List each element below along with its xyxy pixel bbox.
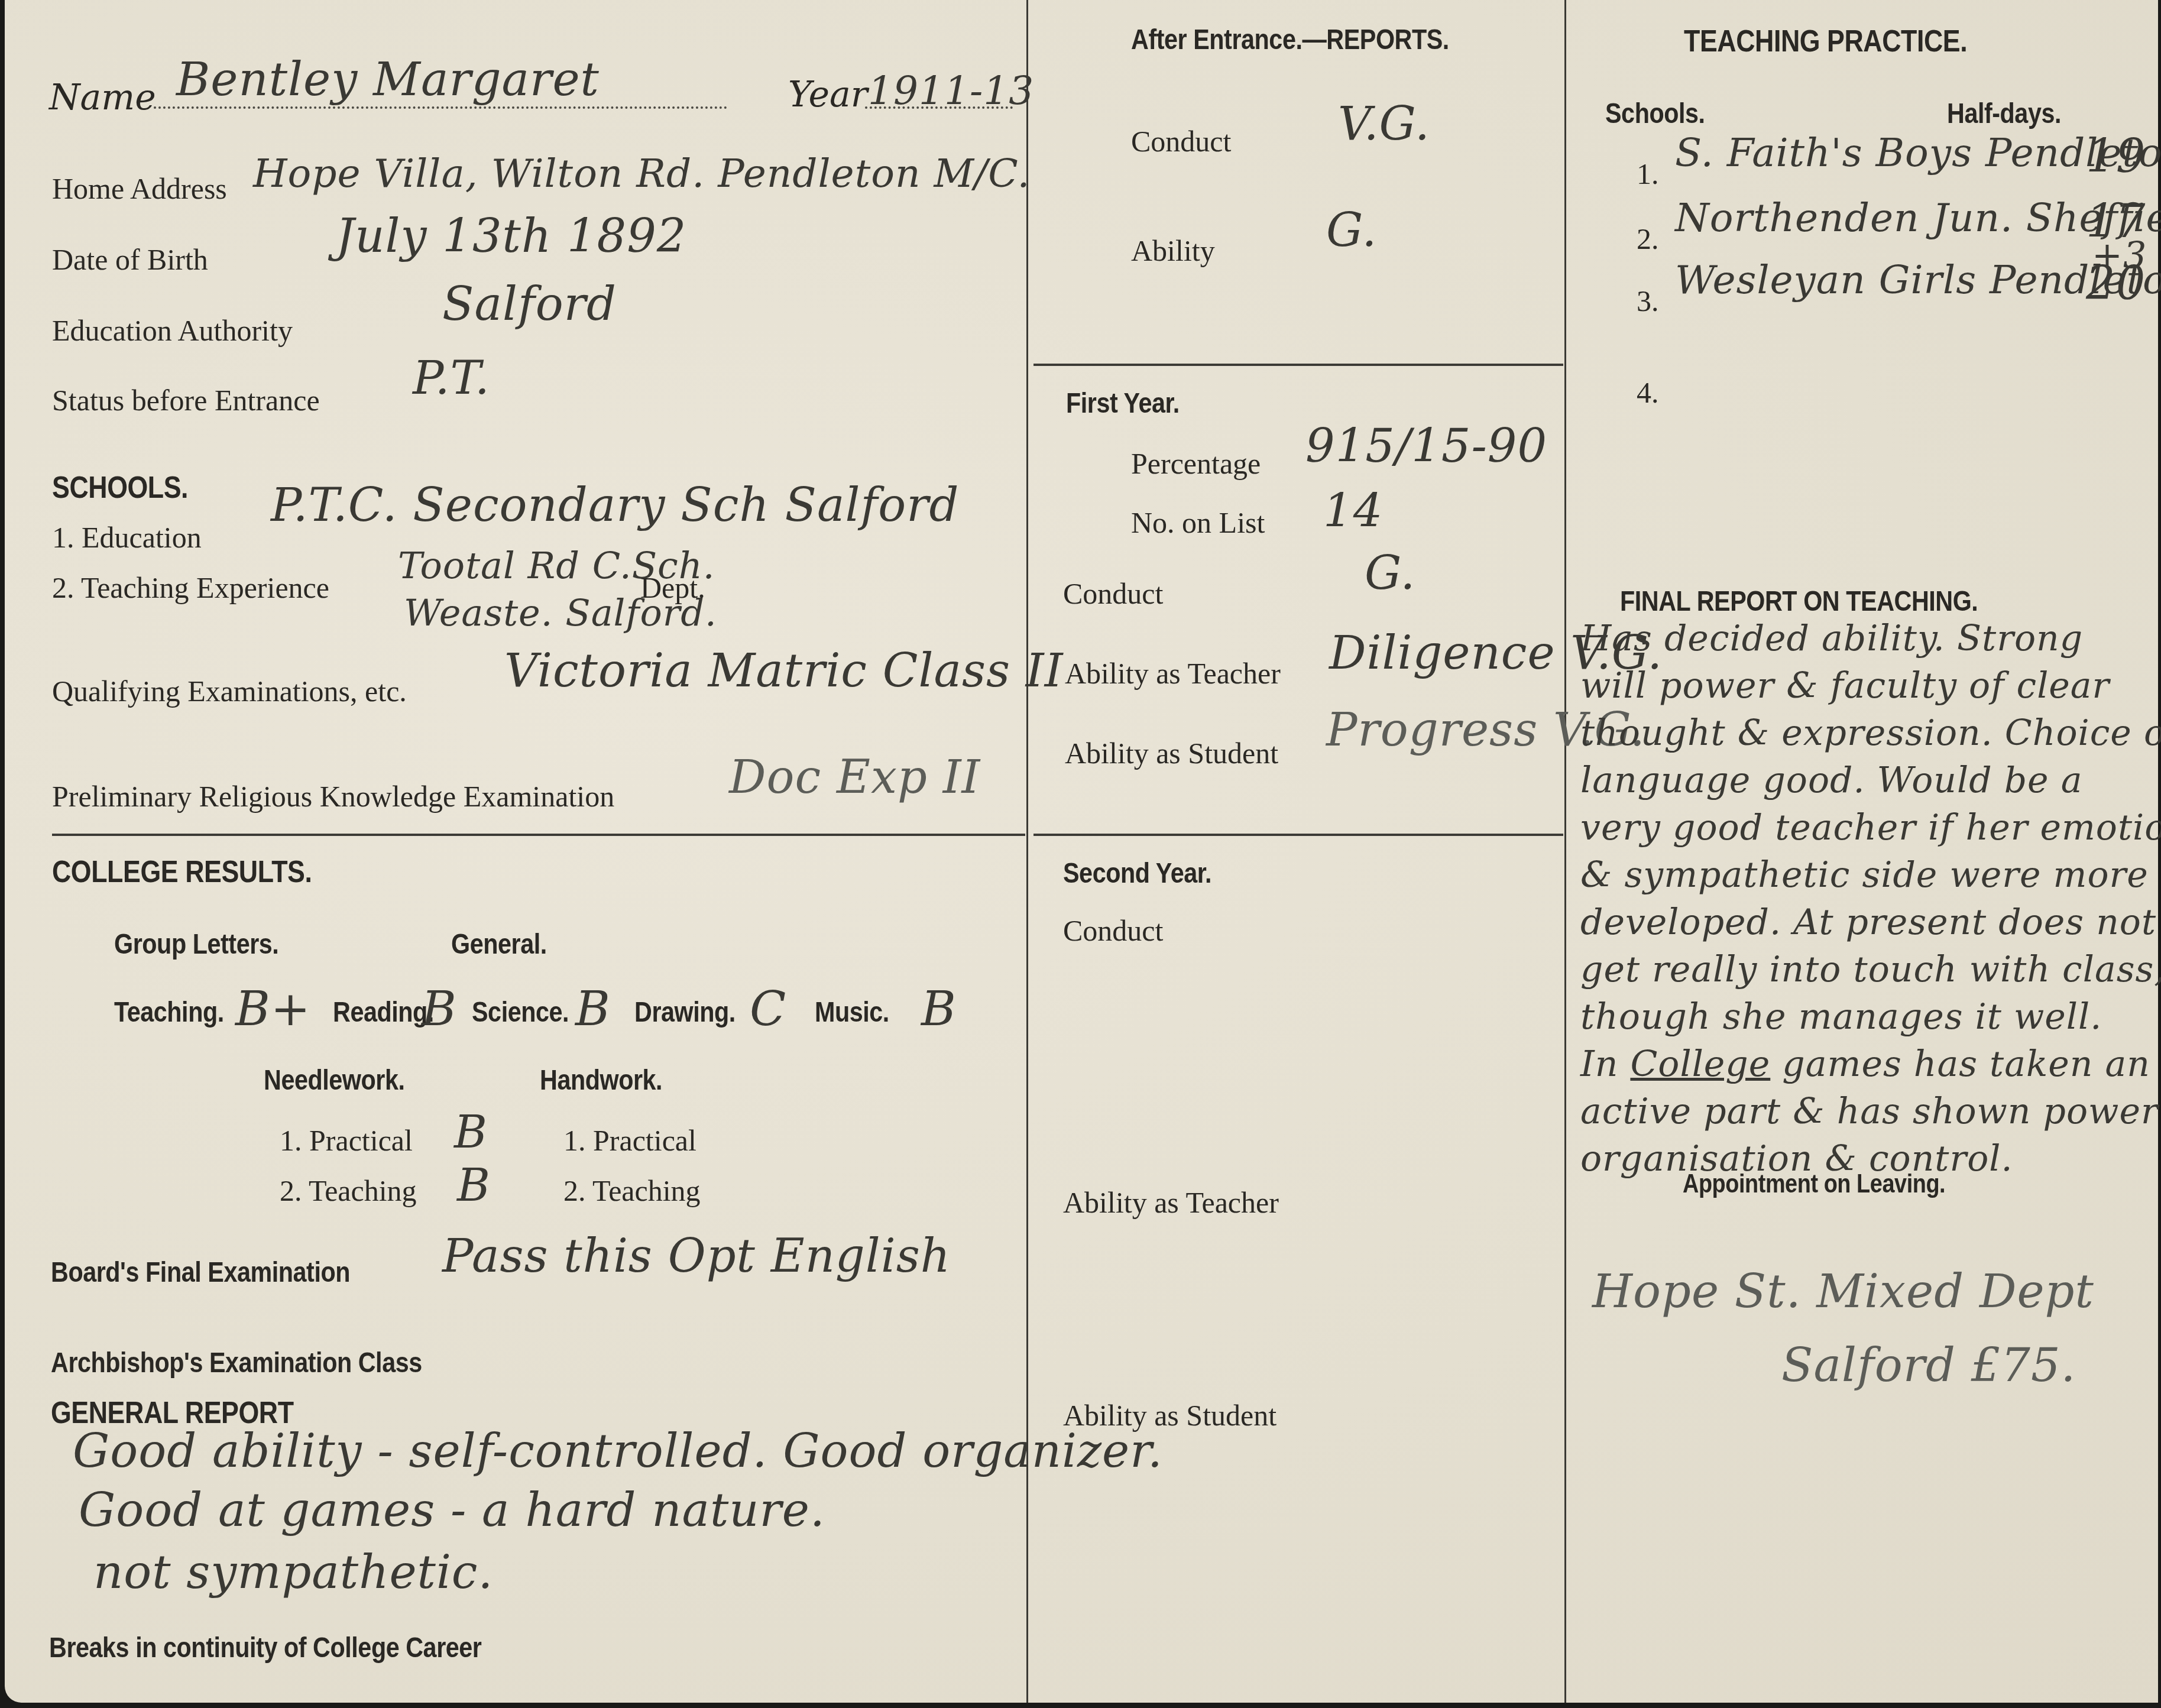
grade-label-teaching: Teaching. <box>114 996 224 1029</box>
grade-value-teaching: B+ <box>235 981 311 1036</box>
home-address-label: Home Address <box>52 171 227 206</box>
dob-label: Date of Birth <box>52 242 208 277</box>
final-report-line: thought & expression. Choice of <box>1580 712 2161 754</box>
divider-first-year <box>1033 834 1563 836</box>
first-year-student-label: Ability as Student <box>1065 736 1278 770</box>
teaching-practice-heading: TEACHING PRACTICE. <box>1684 24 1967 59</box>
first-year-conduct-label: Conduct <box>1063 576 1163 611</box>
education-label: 1. Education <box>52 520 202 555</box>
second-year-conduct-label: Conduct <box>1063 913 1163 948</box>
final-report-line: Has decided ability. Strong <box>1580 618 2083 659</box>
archbishop-label: Archbishop's Examination Class <box>51 1347 422 1379</box>
final-report-line: though she manages it well. <box>1580 996 2102 1038</box>
halfdays-column-label: Half-days. <box>1947 98 2061 130</box>
needlework-label: Needlework. <box>264 1064 404 1097</box>
final-report-line: active part & has shown power of <box>1580 1091 2161 1132</box>
grade-label-drawing: Drawing. <box>634 996 736 1029</box>
divider-schools-college <box>52 834 1025 836</box>
schools-column-label: Schools. <box>1605 98 1705 130</box>
dept-label: Dept. <box>640 571 705 605</box>
status-value: P.T. <box>413 352 490 405</box>
handwork-label: Handwork. <box>540 1064 662 1097</box>
final-report-line: In College games has taken an <box>1580 1043 2150 1085</box>
schools-heading: SCHOOLS. <box>52 470 188 505</box>
teaching-practice-number: 1. <box>1637 157 1659 191</box>
name-dotted-line <box>154 106 727 109</box>
dob-value: July 13th 1892 <box>336 210 686 263</box>
grade-label-reading: Reading. <box>333 996 434 1029</box>
first-year-conduct-value: G. <box>1365 547 1415 600</box>
needlework-practical-label: 1. Practical <box>280 1123 413 1158</box>
after-entrance-ability-value: G. <box>1326 204 1377 257</box>
home-address-value: Hope Villa, Wilton Rd. Pendleton M/C. <box>253 151 1030 196</box>
grade-value-science: B <box>575 981 611 1036</box>
no-on-list-value: 14 <box>1323 485 1383 538</box>
name-value: Bentley Margaret <box>176 53 600 106</box>
handwork-practical-label: 1. Practical <box>563 1123 696 1158</box>
percentage-label: Percentage <box>1131 446 1261 481</box>
after-entrance-heading: After Entrance.—REPORTS. <box>1131 24 1449 56</box>
grade-value-music: B <box>921 981 957 1036</box>
final-report-line: will power & faculty of clear <box>1580 665 2110 706</box>
grade-value-drawing: C <box>750 981 786 1036</box>
needlework-teaching-value: B <box>457 1159 491 1211</box>
no-on-list-label: No. on List <box>1131 505 1265 540</box>
breaks-label: Breaks in continuity of College Career <box>49 1632 481 1664</box>
qualifying-exams-value: Victoria Matric Class II <box>504 644 1063 698</box>
name-label: Name <box>49 77 156 118</box>
college-results-heading: COLLEGE RESULTS. <box>52 854 312 890</box>
after-entrance-ability-label: Ability <box>1131 234 1215 268</box>
appointment-line-1: Hope St. Mixed Dept <box>1592 1265 2094 1318</box>
appointment-heading: Appointment on Leaving. <box>1683 1169 1945 1199</box>
grade-label-science: Science. <box>472 996 569 1029</box>
student-record-card: Name Bentley Margaret Year 1911-13 Home … <box>5 0 2158 1703</box>
final-report-line: get really into touch with class, <box>1580 949 2161 990</box>
final-report-heading: FINAL REPORT ON TEACHING. <box>1620 585 1978 618</box>
teaching-practice-number: 3. <box>1637 284 1659 318</box>
religious-exam-value: Doc Exp II <box>729 751 980 804</box>
final-report-line: developed. At present does not <box>1580 902 2156 943</box>
grade-label-music: Music. <box>815 996 889 1029</box>
year-label: Year <box>788 74 867 115</box>
after-entrance-conduct-label: Conduct <box>1131 124 1231 158</box>
religious-exam-label: Preliminary Religious Knowledge Examinat… <box>52 779 614 814</box>
divider-after-entrance <box>1033 364 1563 366</box>
underlined-word: College <box>1630 1043 1770 1085</box>
group-grades-row: Teaching.B+Reading.BScience.BDrawing.CMu… <box>114 984 1001 1038</box>
teaching-practice-halfdays: 20 <box>2086 257 2146 310</box>
teaching-practice-number: 2. <box>1637 222 1659 256</box>
teaching-practice-number: 4. <box>1637 375 1659 410</box>
status-label: Status before Entrance <box>52 383 320 417</box>
general-report-line-2: Good at games - a hard nature. <box>79 1484 825 1537</box>
after-entrance-conduct-value: V.G. <box>1338 98 1430 151</box>
grade-value-reading: B <box>422 981 457 1036</box>
second-year-teacher-label: Ability as Teacher <box>1063 1185 1279 1220</box>
education-value: P.T.C. Secondary Sch Salford <box>271 479 959 532</box>
final-report-line: & sympathetic side were more <box>1580 854 2149 896</box>
general-report-line-3: not sympathetic. <box>93 1546 493 1599</box>
second-year-student-label: Ability as Student <box>1063 1398 1276 1432</box>
column-divider-right <box>1564 0 1566 1703</box>
needlework-practical-value: B <box>454 1106 488 1158</box>
final-report-line: very good teacher if her emotional <box>1580 807 2161 848</box>
percentage-value: 915/15-90 <box>1305 420 1547 473</box>
education-authority-value: Salford <box>442 278 617 331</box>
final-report-line: language good. Would be a <box>1580 760 2082 801</box>
first-year-teacher-label: Ability as Teacher <box>1065 656 1281 691</box>
group-letters-label: Group Letters. <box>114 928 278 961</box>
general-report-line-1: Good ability - self-controlled. Good org… <box>73 1425 1163 1478</box>
teaching-practice-halfdays: 19 <box>2086 130 2146 183</box>
second-year-heading: Second Year. <box>1063 857 1211 890</box>
education-authority-label: Education Authority <box>52 313 293 348</box>
teaching-experience-label: 2. Teaching Experience <box>52 571 329 605</box>
needlework-teaching-label: 2. Teaching <box>280 1174 417 1208</box>
qualifying-exams-label: Qualifying Examinations, etc. <box>52 674 407 708</box>
year-value: 1911-13 <box>868 68 1034 114</box>
appointment-line-2: Salford £75. <box>1781 1339 2076 1392</box>
general-label: General. <box>451 928 547 961</box>
handwork-teaching-label: 2. Teaching <box>563 1174 701 1208</box>
boards-final-value: Pass this Opt English <box>442 1230 951 1283</box>
boards-final-label: Board's Final Examination <box>51 1256 350 1289</box>
teaching-practice-list: 1.S. Faith's Boys Pendleton192.Northende… <box>1601 136 2157 432</box>
first-year-heading: First Year. <box>1066 387 1180 420</box>
